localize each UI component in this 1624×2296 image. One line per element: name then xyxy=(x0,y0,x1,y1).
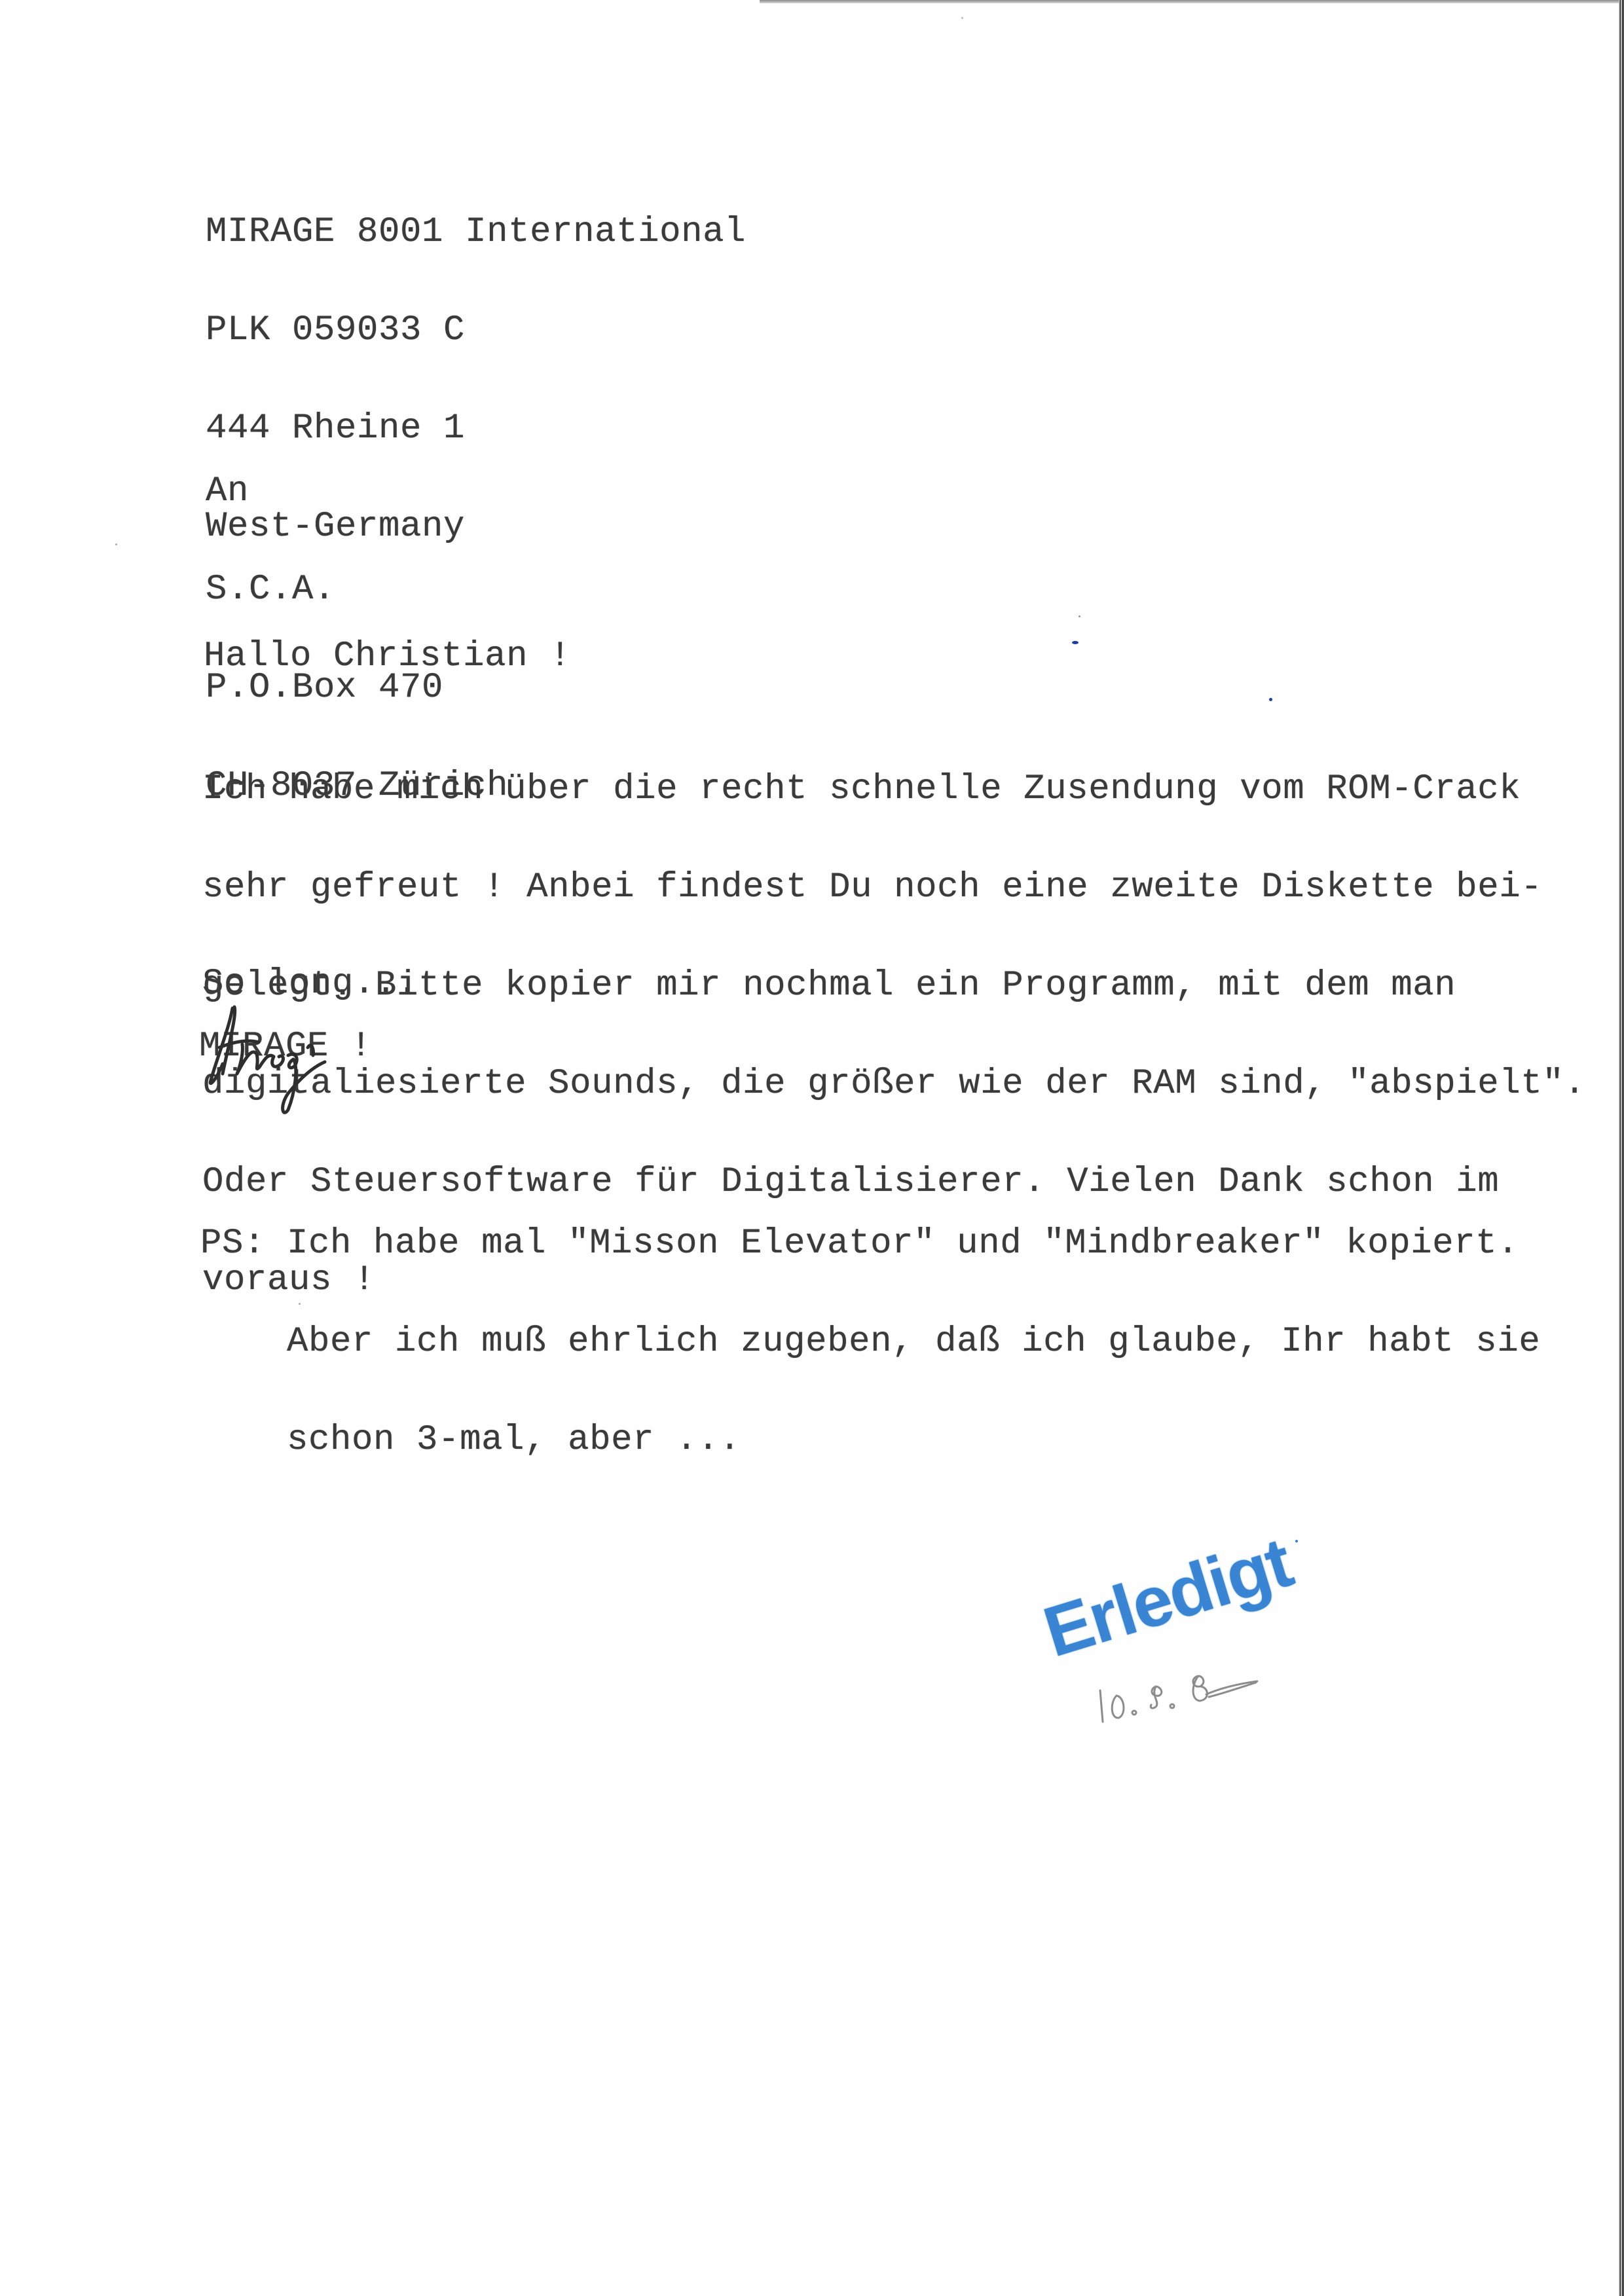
ink-speck xyxy=(1269,698,1272,701)
recipient-line: An xyxy=(206,475,508,508)
recipient-line: P.O.Box 470 xyxy=(206,672,508,704)
ps-line: PS: Ich habe mal "Misson Elevator" und "… xyxy=(200,1228,1540,1260)
stamp-text: Erledigt xyxy=(1035,1514,1321,1673)
ps-line: schon 3-mal, aber ... xyxy=(200,1424,1540,1457)
postscript: PS: Ich habe mal "Misson Elevator" und "… xyxy=(200,1162,1540,1522)
greeting: Hallo Christian ! xyxy=(204,640,571,673)
handwritten-signature xyxy=(196,1002,354,1120)
ink-speck xyxy=(961,17,963,19)
ink-speck xyxy=(1079,615,1080,617)
recipient-line: S.C.A. xyxy=(206,574,508,606)
handwritten-date: 10.8.88 xyxy=(1087,1650,1283,1728)
sender-line: PLK 059033 C xyxy=(206,314,746,347)
scan-edge-top xyxy=(760,0,1624,3)
closing: So long... xyxy=(202,968,418,1000)
ps-line: Aber ich muß ehrlich zugeben, daß ich gl… xyxy=(200,1326,1540,1358)
ink-speck xyxy=(1295,1540,1298,1542)
scan-edge-right xyxy=(1619,0,1624,2296)
ink-speck xyxy=(115,543,117,545)
body-line: Ich habe mich über die recht schnelle Zu… xyxy=(202,773,1585,806)
ink-speck xyxy=(1072,641,1079,644)
body-line: sehr gefreut ! Anbei findest Du noch ein… xyxy=(202,871,1585,904)
ink-speck xyxy=(299,1303,301,1305)
body-line: digitaliesierte Sounds, die größer wie d… xyxy=(202,1068,1585,1101)
letter-page: MIRAGE 8001 International PLK 059033 C 4… xyxy=(0,0,1624,2296)
sender-line: MIRAGE 8001 International xyxy=(206,216,746,249)
ink-speck xyxy=(1208,1239,1210,1241)
